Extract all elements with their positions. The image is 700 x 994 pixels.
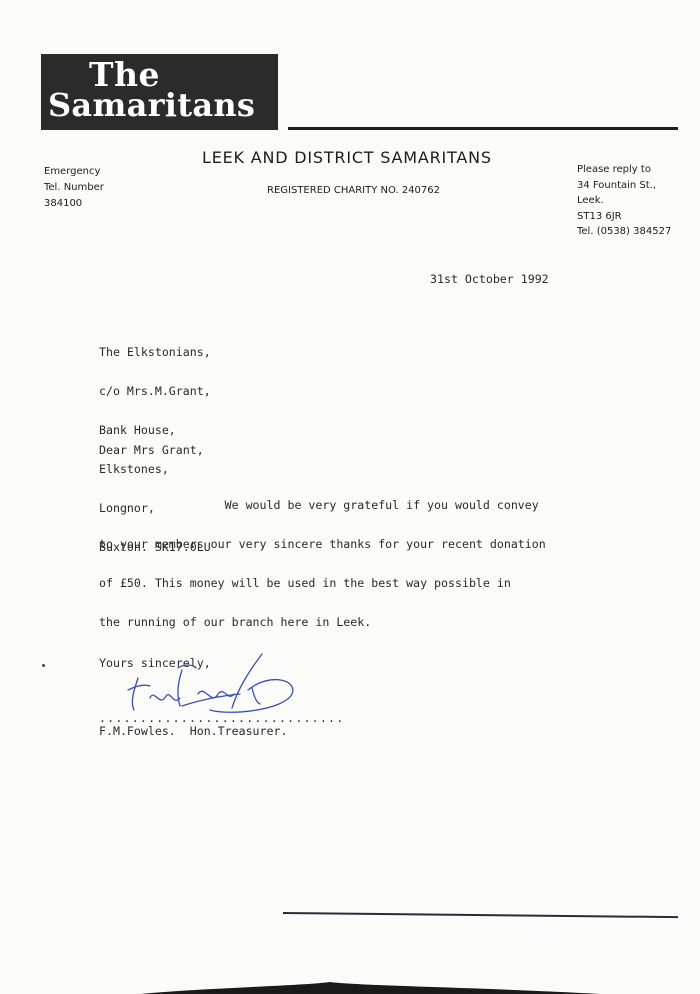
signer-name: F.M.Fowles. Hon.Treasurer.	[99, 725, 287, 738]
reply-address: Please reply to 34 Fountain St., Leek. S…	[577, 162, 671, 240]
page-edge-shadow	[0, 980, 700, 994]
charity-number: REGISTERED CHARITY NO. 240762	[267, 185, 440, 196]
reply-line: 34 Fountain St.,	[577, 178, 671, 194]
footer-rule	[283, 912, 678, 918]
header-rule	[288, 127, 678, 130]
body-line: to your members our very sincere thanks …	[99, 538, 546, 551]
stray-mark	[42, 664, 45, 667]
logo-line-2: Samaritans	[48, 90, 255, 120]
address-line: The Elkstonians,	[99, 346, 211, 359]
body-line: of £50. This money will be used in the b…	[99, 577, 546, 590]
organisation-name: LEEK AND DISTRICT SAMARITANS	[202, 148, 492, 167]
letter-body: We would be very grateful if you would c…	[99, 473, 546, 642]
samaritans-logo: The Samaritans	[41, 54, 278, 130]
body-line: the running of our branch here in Leek.	[99, 616, 546, 629]
reply-line: Please reply to	[577, 162, 671, 178]
address-line: Bank House,	[99, 424, 211, 437]
reply-line: Leek.	[577, 193, 671, 209]
emergency-line: Emergency	[44, 164, 104, 180]
emergency-number: Emergency Tel. Number 384100	[44, 164, 104, 212]
letter-date: 31st October 1992	[430, 273, 549, 286]
salutation: Dear Mrs Grant,	[99, 444, 204, 457]
reply-line: Tel. (0538) 384527	[577, 224, 671, 240]
emergency-line: Tel. Number	[44, 180, 104, 196]
emergency-line: 384100	[44, 196, 104, 212]
address-line: c/o Mrs.M.Grant,	[99, 385, 211, 398]
reply-line: ST13 6JR	[577, 209, 671, 225]
body-line: We would be very grateful if you would c…	[99, 499, 546, 512]
